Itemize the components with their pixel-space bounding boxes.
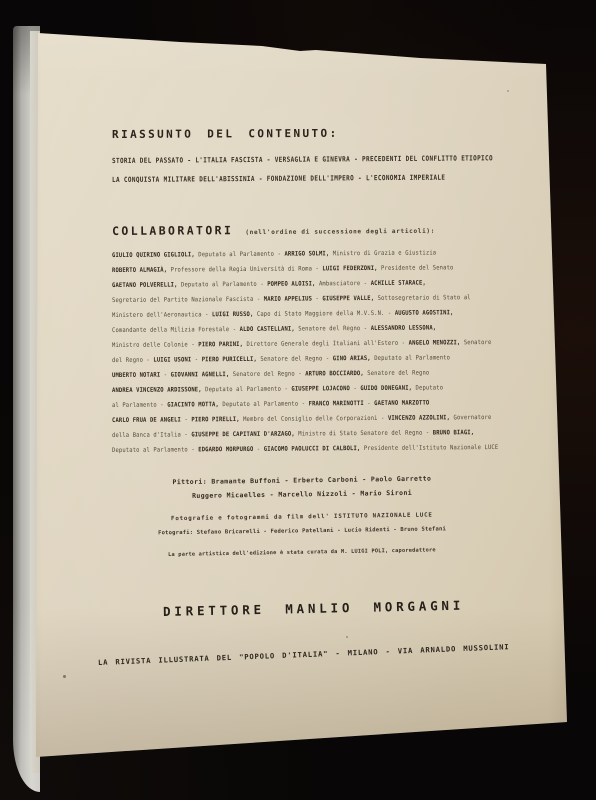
collaborators-heading: COLLABORATORI(nell'ordine di successione… — [112, 218, 435, 239]
paper-speck — [63, 675, 66, 678]
summary-lines: STORIA DEL PASSATO - L'ITALIA FASCISTA -… — [112, 152, 555, 190]
book-photo: RIASSUNTO DEL CONTENUTO: STORIA DEL PASS… — [0, 0, 596, 800]
collaborator-line: Deputato al Parlamento - EDGARDO MORPURG… — [112, 440, 498, 458]
summary-line: LA CONQUISTA MILITARE DELL'ABISSINIA - F… — [112, 168, 493, 190]
artists-block: Pittori: Bramante Buffoni - Erberto Carb… — [112, 472, 492, 504]
collaborators-note: (nell'ordine di successione degli artico… — [245, 228, 435, 236]
collaborators-title: COLLABORATORI — [112, 223, 233, 238]
collaborators-list: GIULIO QUIRINO GIGLIOLI, Deputato al Par… — [112, 248, 546, 458]
summary-heading: RIASSUNTO DEL CONTENUTO: — [112, 127, 339, 141]
photography-block: Fotografie e fotogrammi da film dell' IS… — [112, 509, 492, 541]
paper-speck — [346, 636, 348, 638]
paper-speck — [507, 90, 509, 92]
